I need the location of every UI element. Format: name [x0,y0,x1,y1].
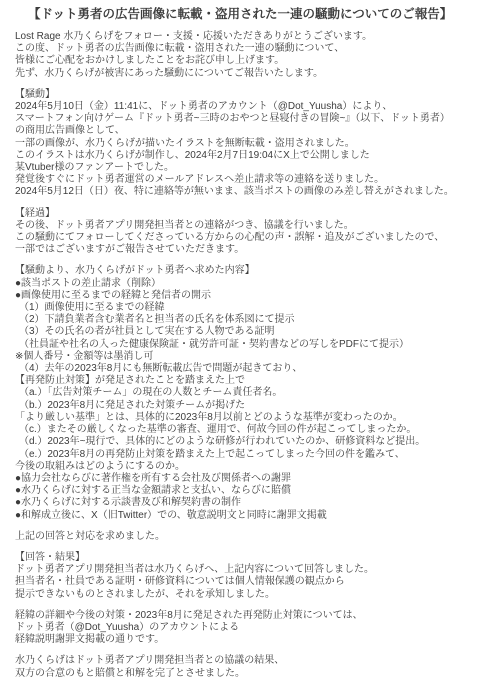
text-line: この度、ドット勇者の広告画像に転載・盗用された一連の騒動について、 [15,43,473,55]
section-heading: 【騒動より、水乃くらげがドット勇者へ求めた内容】 [15,265,473,277]
sub-item: （社員証や社名の入った健康保険証・就労許可証・契約書などの写しをPDFにて提示） [15,339,473,351]
section-heading: 【騒動】 [15,89,473,101]
sub-item: （c.）またその厳しくなった基準の審査、運用で、何故今回の件が起こってしまったか… [15,424,473,436]
bullet-item: ●該当ポストの差止請求（削除） [15,278,473,290]
text-line: Lost Rage 水乃くらげをフォロー・支援・応援いただきありがとうございます… [15,31,473,43]
text-line: 上記の回答と対応を求めました。 [15,531,473,543]
text-line: 【再発防止対策】が発足されたことを踏まえた上で [15,375,473,387]
page-title: 【ドット勇者の広告画像に転載・盗用された一連の騒動についてのご報告】 [15,6,473,22]
text-line: 双方の合意のもと賠償と和解を完了とさせました。 [15,668,473,680]
text-line: 担当者名・社員である証明・研修資料については個人情報保護の観点から [15,576,473,588]
text-line: 経緯の詳細や今後の対策・2023年8月に発足された再発防止対策については、 [15,610,473,622]
text-line: 水乃くらげはドット勇者アプリ開発担当者との協議の結果、 [15,655,473,667]
text-line: 経緯説明謝罪文掲載の通りです。 [15,634,473,646]
section-heading: 【経過】 [15,208,473,220]
text-line: 一部ではございますがご報告させていただきます。 [15,244,473,256]
spacer [15,543,473,552]
text-line: 今後の取組みはどのようにするのか。 [15,461,473,473]
spacer [15,80,473,89]
spacer [15,522,473,531]
sub-item: （3）その氏名の者が社員として実在する人物である証明 [15,326,473,338]
section-heading: 【回答・結果】 [15,552,473,564]
text-line: その後、ドット勇者アプリ開発担当者との連絡がつき、協議を行いました。 [15,220,473,232]
text-line: ドット勇者アプリ開発担当者は水乃くらげへ、上記内容について回答しました。 [15,564,473,576]
report-image: 【ドット勇者の広告画像に転載・盗用された一連の騒動についてのご報告】Lost R… [0,0,481,680]
text-line: ドット勇者（@Dot_Yuusha）のアカウントによる [15,622,473,634]
text-line: この騒動にてフォローしてくださっている方からの心配の声・誤解・追及がございました… [15,232,473,244]
bullet-item: ●水乃くらげに対する正当な金額請求と支払い、ならびに賠償 [15,485,473,497]
sub-item: （b.）2023年8月に発足された対策チームが掲げた [15,400,473,412]
sub-item: （d.）2023年~現行で、具体的にどのような研修が行われていたのか、研修資料な… [15,436,473,448]
spacer [15,22,473,31]
sub-item: （a.）「広告対策チーム」の現在の人数とチーム責任者名。 [15,387,473,399]
text-line: 提示できないものとされましたが、それを承知しました。 [15,589,473,601]
spacer [15,646,473,655]
sub-item: （4）去年の2023年8月にも無断転載広告で問題が起きており、 [15,363,473,375]
bullet-item: ●和解成立後に、X（旧Twitter）での、敬意説明文と同時に謝罪文掲載 [15,510,473,522]
text-line: 2024年5月10日（金）11:41に、ドット勇者のアカウント（@Dot_Yuu… [15,101,473,113]
sub-item: （e.）2023年8月の再発防止対策を踏まえた上で起こってしまった今回の件を鑑み… [15,449,473,461]
text-line: ※個人番号・金額等は墨消し可 [15,351,473,363]
text-line: 先ず、水乃くらげが被害にあった騒動にについてご報告いたします。 [15,68,473,80]
text-line: 「より厳しい基準」とは、具体的に2023年8月以前とどのような基準が変わったのか… [15,412,473,424]
text-line: このイラストは水乃くらげが制作し、2024年2月7日19:04にX上で公開しまし… [15,150,473,162]
bullet-item: ●画像使用に至るまでの経緯と発信者の開示 [15,290,473,302]
spacer [15,601,473,610]
text-line: 発覚後すぐにドット勇者運営のメールアドレスへ差止請求等の連絡を送りました。 [15,174,473,186]
sub-item: （1）画像使用に至るまでの経緯 [15,302,473,314]
sub-item: （2）下請負業者含む業者名と担当者の氏名を体系図にて提示 [15,314,473,326]
bullet-item: ●水乃くらげに対する示談書及び和解契約書の制作 [15,497,473,509]
spacer [15,199,473,208]
text-line: 2024年5月12日（日）夜、特に連絡等が無いまま、該当ポストの画像のみ差し替え… [15,186,473,198]
text-line: 一部の画像が、水乃くらげが描いたイラストを無断転載・盗用されました。 [15,138,473,150]
bullet-item: ●協力会社ならびに著作権を所有する会社及び関係者への謝罪 [15,473,473,485]
text-line: の商用広告画像として、 [15,125,473,137]
report-document-body: 【ドット勇者の広告画像に転載・盗用された一連の騒動についてのご報告】Lost R… [0,0,481,680]
text-line: 皆様にご心配をおかけしましたことをお詫び申し上げます。 [15,55,473,67]
text-line: スマートフォン向けゲーム『ドット勇者~三時のおやつと昼寝付きの冒険~』（以下、ド… [15,113,473,125]
text-line: 某Vtuber様のファンアートでした。 [15,162,473,174]
